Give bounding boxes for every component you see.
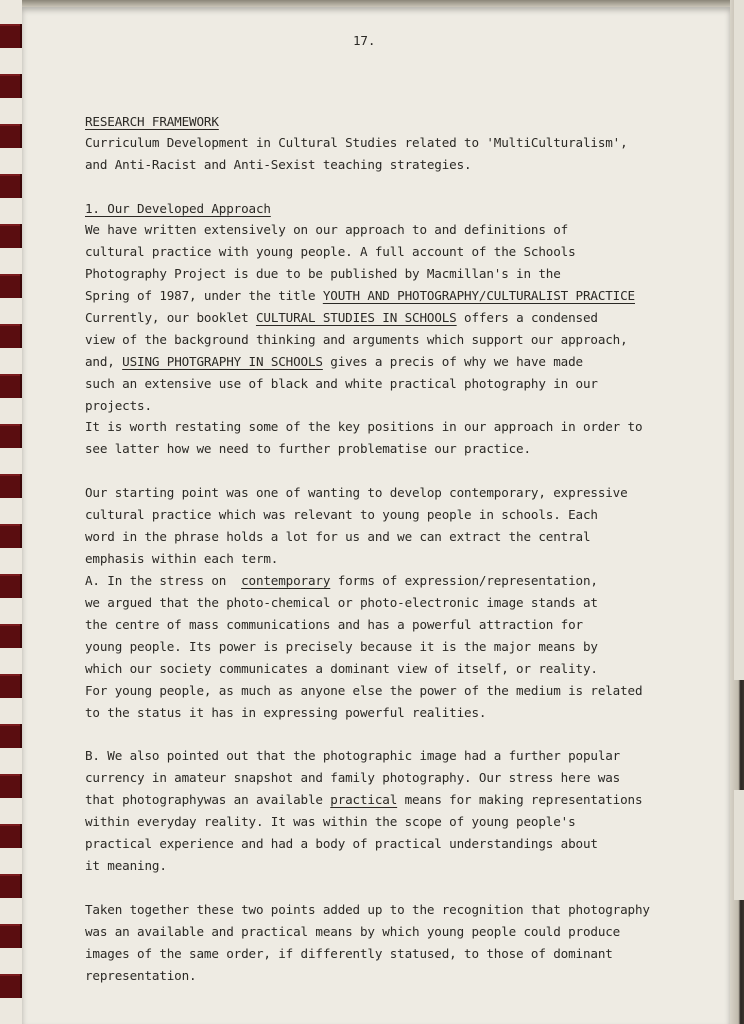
page-top-edge [22, 0, 744, 7]
binding-ring [0, 224, 20, 248]
text-line: cultural practice which was relevant to … [85, 506, 598, 524]
binding-ring [0, 724, 20, 748]
binding-ring [0, 624, 20, 648]
text-line: word in the phrase holds a lot for us an… [85, 528, 590, 546]
text-line: young people. Its power is precisely bec… [85, 638, 598, 656]
binding-ring [0, 824, 20, 848]
spiral-binding [0, 0, 22, 1024]
text-line: the centre of mass communications and ha… [85, 616, 583, 634]
text-span: Spring of 1987, under the title [85, 288, 323, 303]
text-line: and, USING PHOTGRAPHY IN SCHOOLS gives a… [85, 353, 583, 371]
book-title: YOUTH AND PHOTOGRAPHY/CULTURALIST PRACTI… [323, 288, 635, 303]
emphasis: practical [330, 792, 397, 807]
text-line: Our starting point was one of wanting to… [85, 484, 628, 502]
text-span: that photographywas an available [85, 792, 330, 807]
emphasis: contemporary [241, 573, 330, 588]
binding-ring [0, 574, 20, 598]
binding-ring [0, 374, 20, 398]
text-line: was an available and practical means by … [85, 923, 620, 941]
text-line: emphasis within each term. [85, 550, 278, 568]
text-line: representation. [85, 967, 196, 985]
page-number: 17. [353, 33, 375, 48]
heading: RESEARCH FRAMEWORK [85, 113, 219, 131]
binding-ring [0, 674, 20, 698]
text-line: practical experience and had a body of p… [85, 835, 598, 853]
subtitle-line: Curriculum Development in Cultural Studi… [85, 134, 628, 152]
binding-ring [0, 424, 20, 448]
binding-ring [0, 74, 20, 98]
text-line: It is worth restating some of the key po… [85, 418, 642, 436]
binding-ring [0, 874, 20, 898]
text-line: we argued that the photo-chemical or pho… [85, 594, 598, 612]
text-line: cultural practice with young people. A f… [85, 243, 576, 261]
binding-ring [0, 474, 20, 498]
text-line: Currently, our booklet CULTURAL STUDIES … [85, 309, 598, 327]
subtitle-line: and Anti-Racist and Anti-Sexist teaching… [85, 156, 471, 174]
text-line: A. In the stress on contemporary forms o… [85, 572, 598, 590]
text-span: forms of expression/representation, [330, 573, 598, 588]
text-line: Taken together these two points added up… [85, 901, 650, 919]
binding-ring [0, 124, 20, 148]
binding-ring [0, 774, 20, 798]
booklet-title: CULTURAL STUDIES IN SCHOOLS [256, 310, 457, 325]
text-line: images of the same order, if differently… [85, 945, 613, 963]
binding-ring [0, 324, 20, 348]
binding-ring [0, 974, 20, 998]
section-title: 1. Our Developed Approach [85, 200, 271, 218]
text-line: see latter how we need to further proble… [85, 440, 531, 458]
text-span: Currently, our booklet [85, 310, 256, 325]
text-line: view of the background thinking and argu… [85, 331, 628, 349]
text-line: projects. [85, 397, 152, 415]
binding-ring [0, 174, 20, 198]
text-span: gives a precis of why we have made [323, 354, 583, 369]
text-line: within everyday reality. It was within t… [85, 813, 576, 831]
text-line: Spring of 1987, under the title YOUTH AN… [85, 287, 635, 305]
text-span: A. In the stress on [85, 573, 241, 588]
text-line: For young people, as much as anyone else… [85, 682, 642, 700]
text-span: and, [85, 354, 122, 369]
text-line: currency in amateur snapshot and family … [85, 769, 620, 787]
text-line: B. We also pointed out that the photogra… [85, 747, 620, 765]
binding-ring [0, 24, 20, 48]
text-line: it meaning. [85, 857, 167, 875]
page-right-edge [730, 0, 744, 1024]
text-line: Photography Project is due to be publish… [85, 265, 561, 283]
text-line: which our society communicates a dominan… [85, 660, 598, 678]
booklet-title: USING PHOTGRAPHY IN SCHOOLS [122, 354, 323, 369]
text-span: offers a condensed [457, 310, 598, 325]
binding-ring [0, 924, 20, 948]
text-line: that photographywas an available practic… [85, 791, 642, 809]
text-span: means for making representations [397, 792, 642, 807]
binding-ring [0, 524, 20, 548]
text-line: such an extensive use of black and white… [85, 375, 598, 393]
text-line: to the status it has in expressing power… [85, 704, 486, 722]
text-line: We have written extensively on our appro… [85, 221, 568, 239]
binding-ring [0, 274, 20, 298]
